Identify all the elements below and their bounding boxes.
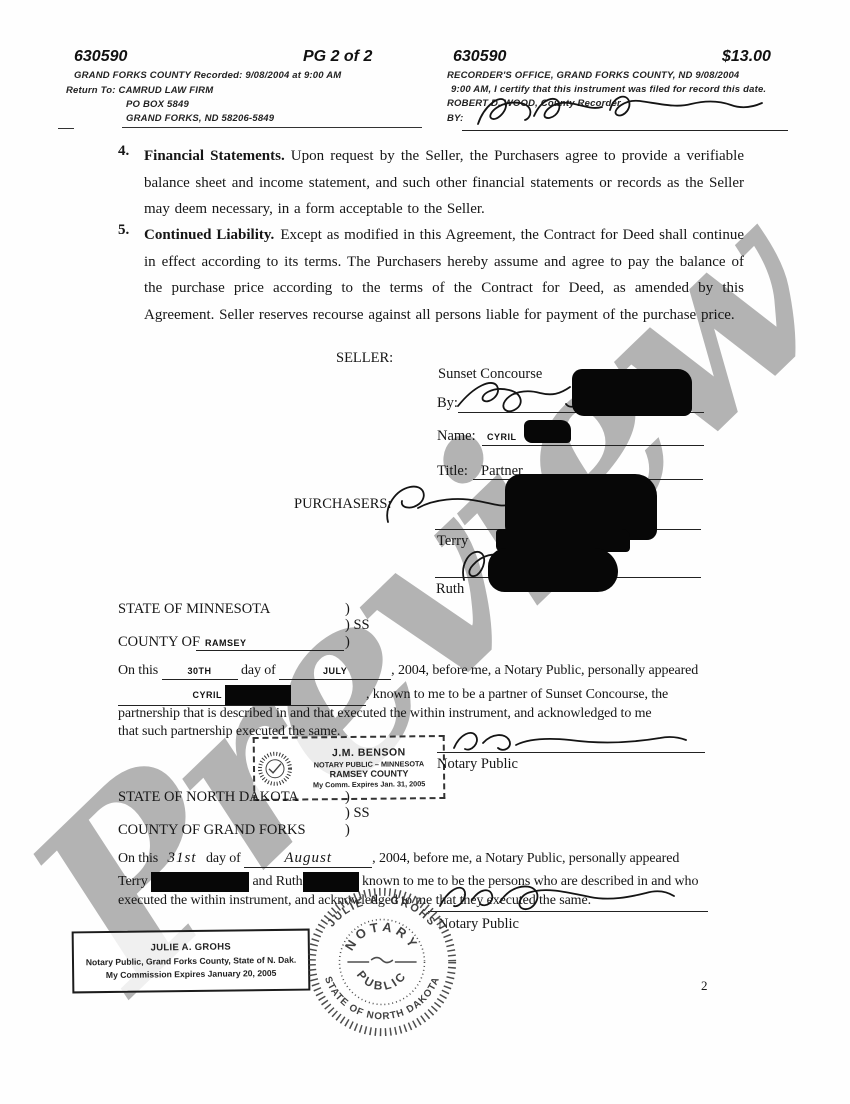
nd-month-value: August [284,850,332,866]
mn-ack-line2: CYRIL , known to me to be a partner of S… [118,685,668,706]
mn-county-line [196,650,344,651]
nd-paren-2: ) [345,822,350,839]
purchasers-label: PURCHASERS: [294,496,392,513]
mn-county-label: COUNTY OF [118,634,200,651]
nd-paren-1: ) [345,789,350,806]
seller-signature-redaction [572,369,692,416]
nd-month-blank: August [244,850,372,868]
nd-notary-signature [430,878,685,918]
seller-name-value: CYRIL [487,432,517,442]
mn-month-value: JULY [323,666,347,676]
seller-name-line [482,445,704,446]
mn-notary-signature-line [437,752,705,753]
mn-notary-stamp-seal-icon [255,747,295,791]
clause-5: Continued Liability.Except as modified i… [144,222,744,328]
nd-seal-inner-top: NOTARY [342,919,423,953]
city-line: GRAND FORKS, ND 58206-5849 [126,113,274,124]
nd-name1-redaction [151,872,249,892]
mn-notary-stamp-text: J.M. BENSON NOTARY PUBLIC – MINNESOTA RA… [295,746,443,790]
nd-ack-line1: On this 31st day of August, 2004, before… [118,850,679,868]
nd-notary-seal-icon: JULIE A. GROHS STATE OF NORTH DAKOTA NOT… [298,878,466,1046]
mn-on-this: On this [118,663,158,678]
purchaser1-signature [378,482,513,534]
doc-number-right: 630590 [453,48,506,66]
nd-ss-line: ) SS [345,805,370,822]
mn-line2-rest: , known to me to be a partner of Sunset … [366,687,668,702]
seller-label: SELLER: [336,350,393,367]
nd-name1: Terry [118,874,148,889]
clause-4-title: Financial Statements. [144,148,291,164]
svg-text:NOTARY: NOTARY [342,919,423,953]
nd-notary-line3: My Commission Expires January 20, 2005 [74,967,308,983]
mn-day-of: day of [241,663,276,678]
recorder-office-line: RECORDER'S OFFICE, GRAND FORKS COUNTY, N… [447,70,739,81]
nd-on-this: On this [118,851,158,866]
clause-4: Financial Statements.Upon request by the… [144,143,744,223]
by-signature-line [462,130,788,131]
return-to-line: Return To: CAMRUD LAW FIRM [66,85,213,96]
nd-notary-signature-line [428,911,708,912]
page-number: 2 [701,978,708,994]
mn-appeared-name: CYRIL [193,690,223,700]
recorded-line: GRAND FORKS COUNTY Recorded: 9/08/2004 a… [74,70,341,81]
seller-name-label: Name: [437,428,476,445]
seller-name-redaction [524,420,571,443]
mn-notary-line4: My Comm. Expires Jan. 31, 2005 [295,779,443,790]
nd-day-of: day of [206,851,241,866]
mn-county-value: RAMSEY [205,638,247,648]
nd-county-line: COUNTY OF GRAND FORKS [118,822,306,839]
page-count-label: PG 2 of 2 [303,48,372,66]
nd-line2-mid: and Ruth [252,874,302,889]
svg-text:JULIE A. GROHS: JULIE A. GROHS [325,894,438,930]
mn-notary-label: Notary Public [437,756,518,773]
mn-day-blank: 30TH [162,663,238,680]
mn-appeared-blank: CYRIL [118,685,366,706]
nd-line1-rest: , 2004, before me, a Notary Public, pers… [372,851,679,866]
mn-paren-2: ) [345,634,350,651]
by-label: BY: [447,113,463,124]
header-dash [58,128,74,129]
nd-seal-inner-bottom: PUBLIC [354,968,410,993]
po-box-line: PO BOX 5849 [126,99,189,110]
clause-5-title: Continued Liability. [144,227,280,243]
svg-text:PUBLIC: PUBLIC [354,968,410,993]
nd-day-value: 31st [162,850,203,866]
mn-state-line: STATE OF MINNESOTA [118,601,270,618]
doc-number-left: 630590 [74,48,127,66]
mn-month-blank: JULY [279,663,391,680]
mn-name-redaction [225,685,291,705]
document-page: Preview 630590 PG 2 of 2 630590 $13.00 G… [0,0,850,1104]
purchaser2-name: Ruth [436,581,464,598]
nd-notary-stamp: JULIE A. GROHS Notary Public, Grand Fork… [72,929,311,994]
clause-5-number: 5. [118,222,129,239]
purchaser2-signature-redaction [488,548,618,592]
mn-line1-rest: , 2004, before me, a Notary Public, pers… [391,663,698,678]
header-left-underline [122,127,422,128]
mn-ack-line1: On this 30TH day of JULY, 2004, before m… [118,663,698,680]
mn-day-value: 30TH [188,666,212,676]
mn-ack-line3: partnership that is described in and tha… [118,706,652,722]
recorder-deputy-signature [470,88,770,132]
nd-seal-outer-top: JULIE A. GROHS [325,894,438,930]
clause-4-number: 4. [118,143,129,160]
mn-paren-1: ) [345,601,350,618]
seller-title-label: Title: [437,463,468,480]
recording-fee: $13.00 [722,48,771,66]
nd-state-line: STATE OF NORTH DAKOTA [118,789,299,806]
mn-ss-line: ) SS [345,617,370,634]
